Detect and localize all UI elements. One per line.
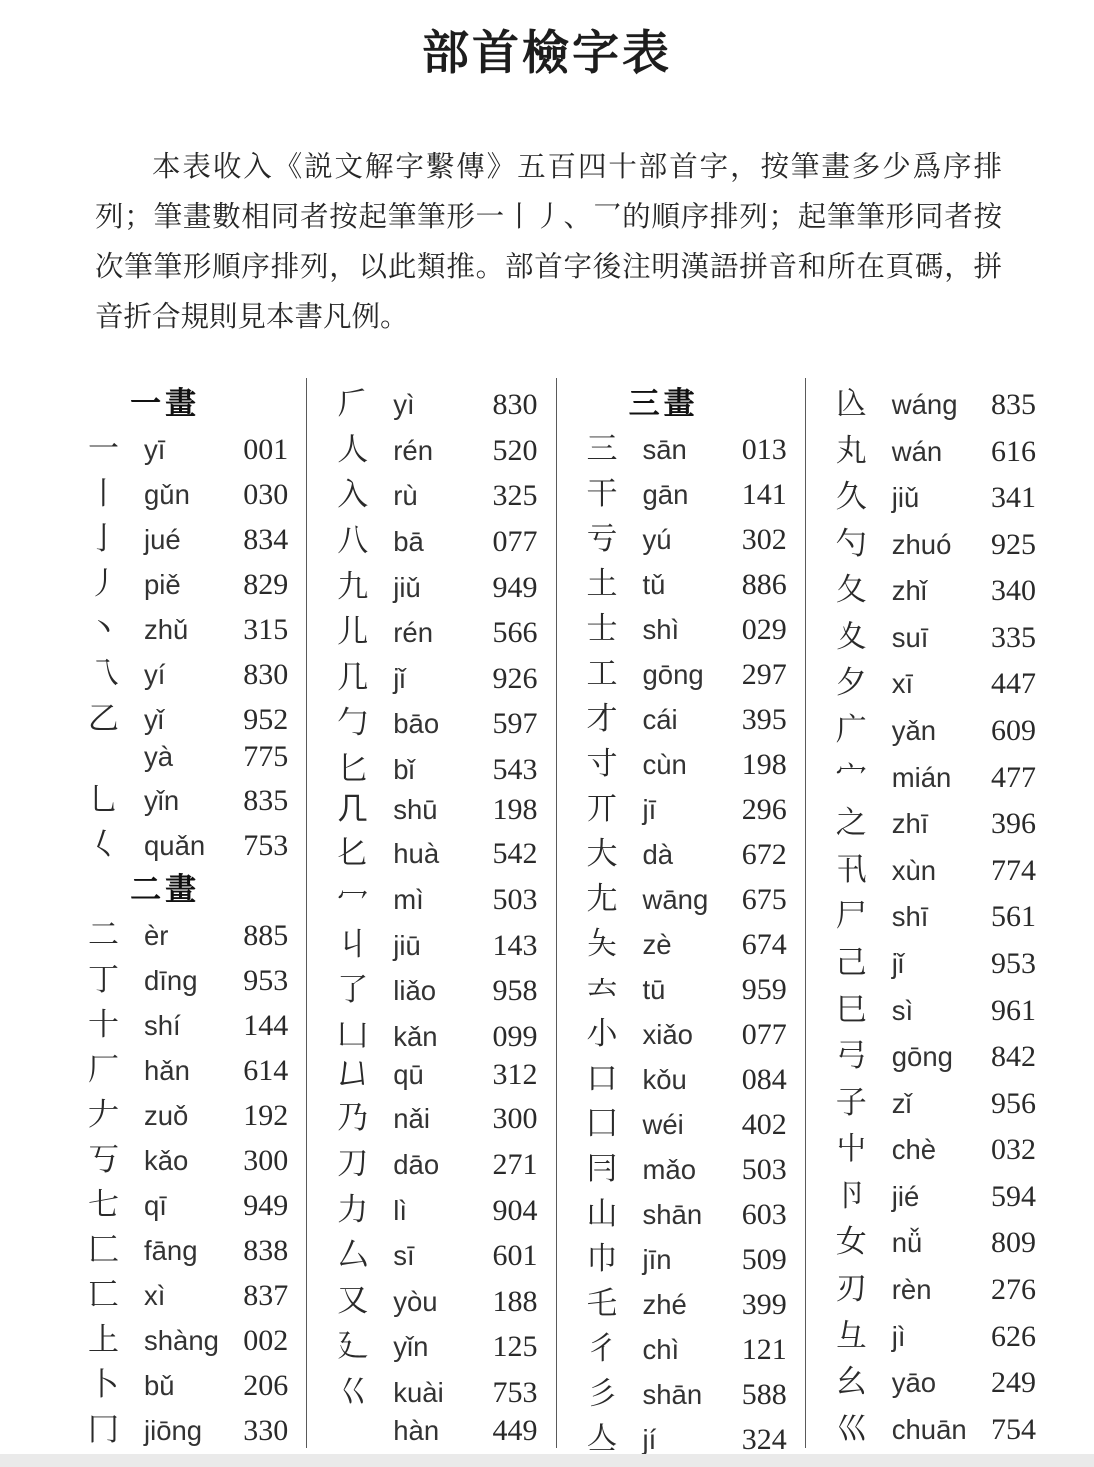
table-row: 乙yǐ952 [88,693,288,738]
radical-pinyin: dāo [393,1149,469,1181]
radical-page-number: 588 [719,1378,787,1412]
radical-page-number: 961 [968,994,1036,1028]
table-row: 冃mǎo503 [587,1143,787,1188]
radical-page-number: 030 [220,478,288,512]
radical-page-number: 503 [470,883,538,917]
radical-char: 刀 [337,1138,393,1183]
radical-table: 一畫一yī001丨gǔn030亅jué834丿piě829丶zhǔ315乁yí8… [58,378,1054,1448]
radical-pinyin: liǎo [393,975,469,1007]
radical-pinyin: sī [393,1240,469,1272]
table-row: 乚yǐn835 [88,774,288,819]
radical-char: 乙 [88,693,144,738]
radical-page-number: 300 [220,1144,288,1178]
radical-char: 夊 [836,611,892,656]
radical-page-number: 614 [220,1054,288,1088]
radical-char: 口 [587,1053,643,1098]
radical-pinyin: shí [144,1010,220,1042]
radical-page-number: 396 [968,807,1036,841]
radical-char: 干 [587,468,643,513]
table-row: 夨zè674 [587,918,787,963]
table-row: 𠘧shū198 [337,789,537,827]
radical-pinyin: jì [892,1321,968,1353]
radical-char: 夂 [836,564,892,609]
radical-pinyin: piě [144,569,220,601]
radical-page-number: 144 [220,1009,288,1043]
radical-page-number: 447 [968,667,1036,701]
radical-page-number: 001 [220,433,288,467]
table-row: 𠫓tū959 [587,963,787,1008]
radical-char: 入 [337,469,393,514]
radical-page-number: 402 [719,1108,787,1142]
table-row: 大dà672 [587,828,787,873]
radical-pinyin: tǔ [643,569,719,601]
radical-page-number: 885 [220,919,288,953]
radical-page-number: 775 [220,740,288,774]
radical-char: 刃 [836,1263,892,1308]
radical-pinyin: quǎn [144,830,220,862]
radical-pinyin: shàng [144,1325,220,1357]
radical-char: 女 [836,1216,892,1261]
table-row: 乇zhé399 [587,1278,787,1323]
radical-pinyin: kǒu [643,1064,719,1096]
radical-char: 彑 [836,1310,892,1355]
radical-char: 亅 [88,513,144,558]
radical-char: 冃 [587,1143,643,1188]
table-row: 了liǎo958 [337,964,537,1009]
radical-page-number: 601 [470,1239,538,1273]
radical-page-number: 324 [719,1423,787,1457]
radical-page-number: 838 [220,1234,288,1268]
radical-char: 彳 [587,1323,643,1368]
radical-page-number: 809 [968,1226,1036,1260]
radical-page-number: 925 [968,528,1036,562]
radical-pinyin: tū [643,974,719,1006]
radical-page-number: 077 [470,525,538,559]
radical-char: 久 [836,471,892,516]
radical-char: 𢎘 [337,1412,393,1448]
radical-pinyin: shān [643,1379,719,1411]
radical-pinyin: wéi [643,1109,719,1141]
radical-pinyin: yǐn [144,785,220,817]
radical-char: 乚 [88,774,144,819]
radical-page-number: 842 [968,1040,1036,1074]
radical-pinyin: yòu [393,1286,469,1318]
radical-pinyin: zǐ [892,1088,968,1120]
radical-page-number: 099 [470,1020,538,1054]
page-title: 部首檢字表 [0,0,1094,83]
radical-pinyin: gǔn [144,479,220,511]
table-row: 七qī949 [88,1179,288,1224]
table-row: 士shì029 [587,603,787,648]
table-row: 尸shī561 [836,890,1036,935]
radical-char: 亼 [587,1413,643,1458]
table-row: 丩jiū143 [337,919,537,964]
table-row: 匕bǐ543 [337,743,537,788]
table-row: 几jǐ926 [337,652,537,697]
radical-pinyin: gān [643,479,719,511]
table-row: 卪jié594 [836,1170,1036,1215]
table-row: 八bā077 [337,515,537,560]
radical-page-number: 520 [470,434,538,468]
radical-page-number: 594 [968,1180,1036,1214]
table-row: 亅jué834 [88,513,288,558]
radical-page-number: 904 [470,1194,538,1228]
radical-page-number: 335 [968,621,1036,655]
radical-char: 乃 [337,1092,393,1137]
radical-column-3: 三畫三sān013干gān141亏yú302土tǔ886士shì029工gōng… [557,378,806,1448]
radical-char: 丌 [587,783,643,828]
radical-page-number: 032 [968,1133,1036,1167]
radical-page-number: 143 [470,929,538,963]
radical-pinyin: gōng [643,659,719,691]
table-row: 𢎘hàn449 [337,1412,537,1448]
radical-pinyin: kuài [393,1377,469,1409]
table-row: 之zhī396 [836,797,1036,842]
radical-page-number: 330 [220,1414,288,1448]
radical-pinyin: èr [144,920,220,952]
radical-pinyin: cái [643,704,719,736]
radical-char: 力 [337,1184,393,1229]
radical-pinyin: zè [643,929,719,961]
table-row: 山shān603 [587,1188,787,1233]
radical-page-number: 395 [719,703,787,737]
radical-pinyin: yí [144,659,220,691]
table-row: 丂kǎo300 [88,1134,288,1179]
radical-pinyin: jiōng [144,1415,220,1447]
radical-pinyin: nǎi [393,1103,469,1135]
radical-page-number: 312 [470,1058,538,1092]
radical-page-number: 198 [719,748,787,782]
radical-pinyin: zhuó [892,529,968,561]
radical-page-number: 013 [719,433,787,467]
radical-char: 𠙴 [337,1056,393,1092]
radical-pinyin: rù [393,480,469,512]
radical-pinyin: zhǔ [144,614,220,646]
radical-char: 七 [88,1179,144,1224]
table-row: 入rù325 [337,469,537,514]
radical-char: 人 [337,424,393,469]
table-row: 久jiǔ341 [836,471,1036,516]
radical-char: 巛 [836,1403,892,1448]
radical-page-number: 949 [220,1189,288,1223]
radical-page-number: 835 [968,388,1036,422]
radical-page-number: 566 [470,616,538,650]
radical-char: 丶 [88,603,144,648]
radical-pinyin: yì [393,389,469,421]
table-row: 子zǐ956 [836,1077,1036,1122]
radical-pinyin: shān [643,1199,719,1231]
table-row: 工gōng297 [587,648,787,693]
table-row: 口kǒu084 [587,1053,787,1098]
radical-char: 儿 [337,606,393,651]
radical-page-number: 449 [470,1414,538,1448]
table-row: 己jǐ953 [836,937,1036,982]
table-row: 女nǚ809 [836,1216,1036,1261]
radical-char: 二 [88,909,144,954]
radical-page-number: 542 [470,837,538,871]
radical-page-number: 276 [968,1273,1036,1307]
radical-pinyin: bǐ [393,754,469,786]
table-row: 丨gǔn030 [88,468,288,513]
radical-char: 土 [587,558,643,603]
table-row: 𠂇zuǒ192 [88,1089,288,1134]
table-row: 巾jīn509 [587,1233,787,1278]
table-row: 丸wán616 [836,425,1036,470]
radical-char: 几 [337,652,393,697]
table-row: 彑jì626 [836,1310,1036,1355]
radical-pinyin: jī [643,794,719,826]
radical-char: 大 [587,828,643,873]
radical-pinyin: yǐ [144,704,220,736]
radical-pinyin: wán [892,436,968,468]
radical-char: 工 [587,648,643,693]
table-row: 冖mì503 [337,873,537,918]
radical-pinyin: jǐ [892,948,968,980]
radical-char: 勺 [836,518,892,563]
radical-char: 九 [337,561,393,606]
radical-char: 弓 [836,1030,892,1075]
radical-pinyin: jué [144,524,220,556]
radical-char: 上 [88,1314,144,1359]
radical-pinyin: kǎo [144,1145,220,1177]
radical-char: 凵 [337,1010,393,1055]
radical-pinyin: jīn [643,1244,719,1276]
radical-page-number: 188 [470,1285,538,1319]
table-row: 𠃉yà775 [88,738,288,774]
radical-char: 厶 [337,1229,393,1274]
table-row: 兦wáng835 [836,378,1036,423]
radical-pinyin: jǐ [393,663,469,695]
radical-page-number: 926 [470,662,538,696]
radical-char: 卪 [836,1170,892,1215]
table-row: 力lì904 [337,1184,537,1229]
table-row: 巳sì961 [836,984,1036,1029]
table-row: 亼jí324 [587,1413,787,1458]
radical-pinyin: zhé [643,1289,719,1321]
radical-char: 丨 [88,468,144,513]
radical-pinyin: huà [393,838,469,870]
radical-pinyin: rén [393,617,469,649]
table-row: 乁yí830 [88,648,288,693]
table-row: 夊suī335 [836,611,1036,656]
radical-pinyin: nǚ [892,1227,968,1259]
intro-paragraph: 本表收入《説文解字繫傳》五百四十部首字，按筆畫多少爲序排列；筆畫數相同者按起筆筆… [95,143,1002,343]
radical-page-number: 503 [719,1153,787,1187]
radical-char: 丁 [88,954,144,999]
radical-char: 丿 [88,558,144,603]
table-row: 干gān141 [587,468,787,513]
radical-page-number: 956 [968,1087,1036,1121]
radical-pinyin: yī [144,434,220,466]
radical-page-number: 084 [719,1063,787,1097]
radical-char: 之 [836,797,892,842]
table-row: 夕xī447 [836,657,1036,702]
radical-pinyin: kǎn [393,1021,469,1053]
radical-char: 己 [836,937,892,982]
radical-char: 冖 [337,873,393,918]
table-row: 囗wéi402 [587,1098,787,1143]
radical-pinyin: zuǒ [144,1100,220,1132]
radical-pinyin: chì [643,1334,719,1366]
radical-column-2: 𠂆yì830人rén520入rù325八bā077九jiǔ949儿rén566几… [307,378,556,1448]
radical-pinyin: rén [393,435,469,467]
radical-pinyin: bā [393,526,469,558]
table-row: 才cái395 [587,693,787,738]
radical-page-number: 834 [220,523,288,557]
radical-char: 三 [587,423,643,468]
radical-char: 廴 [337,1320,393,1365]
radical-char: 夨 [587,918,643,963]
radical-char: 匸 [88,1269,144,1314]
radical-page-number: 249 [968,1366,1036,1400]
table-row: 夂zhǐ340 [836,564,1036,609]
radical-page-number: 029 [719,613,787,647]
radical-pinyin: xì [144,1280,220,1312]
radical-page-number: 271 [470,1148,538,1182]
table-row: 儿rén566 [337,606,537,651]
radical-char: 囗 [587,1098,643,1143]
radical-char: 乁 [88,648,144,693]
radical-char: 丩 [337,919,393,964]
radical-pinyin: jiǔ [393,572,469,604]
radical-char: 乇 [587,1278,643,1323]
table-row: 彳chì121 [587,1323,787,1368]
radical-page-number: 399 [719,1288,787,1322]
radical-pinyin: shī [892,901,968,933]
radical-char: 卂 [836,844,892,889]
radical-page-number: 616 [968,435,1036,469]
radical-pinyin: yǎn [892,715,968,747]
table-row: 巜kuài753 [337,1366,537,1411]
table-row: 卂xùn774 [836,844,1036,889]
table-row: 𠤎huà542 [337,827,537,872]
radical-pinyin: cùn [643,749,719,781]
radical-page-number: 543 [470,753,538,787]
radical-pinyin: sì [892,995,968,1027]
radical-page-number: 830 [470,388,538,422]
table-row: 卜bǔ206 [88,1359,288,1404]
radical-pinyin: wāng [643,884,719,916]
radical-page-number: 672 [719,838,787,872]
table-row: 上shàng002 [88,1314,288,1359]
radical-page-number: 603 [719,1198,787,1232]
radical-pinyin: qī [144,1190,220,1222]
radical-page-number: 674 [719,928,787,962]
table-row: 厂hǎn614 [88,1044,288,1089]
radical-pinyin: dà [643,839,719,871]
radical-page-number: 959 [719,973,787,1007]
radical-char: 丸 [836,425,892,470]
radical-char: 广 [836,704,892,749]
radical-char: 𠂆 [337,378,393,423]
radical-char: 才 [587,693,643,738]
radical-pinyin: xī [892,668,968,700]
radical-pinyin: jiǔ [892,482,968,514]
radical-char: 匚 [88,1224,144,1269]
table-row: 𡿨quǎn753 [88,819,288,864]
radical-pinyin: hàn [393,1415,469,1447]
radical-pinyin: chuān [892,1414,968,1446]
table-row: 土tǔ886 [587,558,787,603]
radical-page-number: 002 [220,1324,288,1358]
radical-char: 尢 [587,873,643,918]
radical-char: 八 [337,515,393,560]
radical-char: 宀 [836,751,892,796]
table-row: 巛chuān754 [836,1403,1036,1448]
radical-pinyin: yǐn [393,1331,469,1363]
table-row: 小xiǎo077 [587,1008,787,1053]
table-row: 凵kǎn099 [337,1010,537,1055]
radical-page-number: 341 [968,481,1036,515]
radical-char: 𠂇 [88,1089,144,1134]
radical-char: 又 [337,1275,393,1320]
radical-page-number: 754 [968,1413,1036,1447]
table-row: 刃rèn276 [836,1263,1036,1308]
radical-char: 一 [88,423,144,468]
stroke-section-header: 一畫 [88,378,288,423]
radical-pinyin: mián [892,762,968,794]
table-row: 𠙴qū312 [337,1056,537,1092]
radical-page-number: 315 [220,613,288,647]
radical-char: 𠫓 [587,963,643,1008]
radical-char: 幺 [836,1356,892,1401]
radical-char: 山 [587,1188,643,1233]
radical-char: 子 [836,1077,892,1122]
radical-pinyin: fāng [144,1235,220,1267]
radical-page-number: 753 [470,1376,538,1410]
table-row: 二èr885 [88,909,288,954]
radical-page-number: 597 [470,707,538,741]
table-row: 匚fāng838 [88,1224,288,1269]
radical-pinyin: gōng [892,1041,968,1073]
radical-char: 了 [337,964,393,1009]
radical-page-number: 830 [220,658,288,692]
radical-page-number: 958 [470,974,538,1008]
radical-page-number: 206 [220,1369,288,1403]
radical-page-number: 141 [719,478,787,512]
radical-page-number: 077 [719,1018,787,1052]
radical-char: 寸 [587,738,643,783]
radical-page-number: 774 [968,854,1036,888]
table-row: 丌jī296 [587,783,787,828]
radical-char: 十 [88,999,144,1044]
radical-char: 亏 [587,513,643,558]
radical-page-number: 837 [220,1279,288,1313]
radical-char: 丂 [88,1134,144,1179]
radical-page-number: 953 [968,947,1036,981]
table-row: 匸xì837 [88,1269,288,1314]
table-row: 丶zhǔ315 [88,603,288,648]
radical-page-number: 509 [719,1243,787,1277]
radical-pinyin: yà [144,741,220,773]
radical-pinyin: hǎn [144,1055,220,1087]
radical-page-number: 302 [719,523,787,557]
radical-pinyin: bǔ [144,1370,220,1402]
radical-char: 𡿨 [88,819,144,864]
radical-char: 彡 [587,1368,643,1413]
radical-pinyin: sān [643,434,719,466]
radical-page-number: 949 [470,571,538,605]
radical-page-number: 609 [968,714,1036,748]
radical-pinyin: mǎo [643,1154,719,1186]
table-row: 𠂆yì830 [337,378,537,423]
radical-page-number: 296 [719,793,787,827]
radical-pinyin: suī [892,622,968,654]
radical-page-number: 675 [719,883,787,917]
radical-char: 𠘧 [337,789,393,827]
radical-char: 巳 [836,984,892,1029]
table-row: 彡shān588 [587,1368,787,1413]
